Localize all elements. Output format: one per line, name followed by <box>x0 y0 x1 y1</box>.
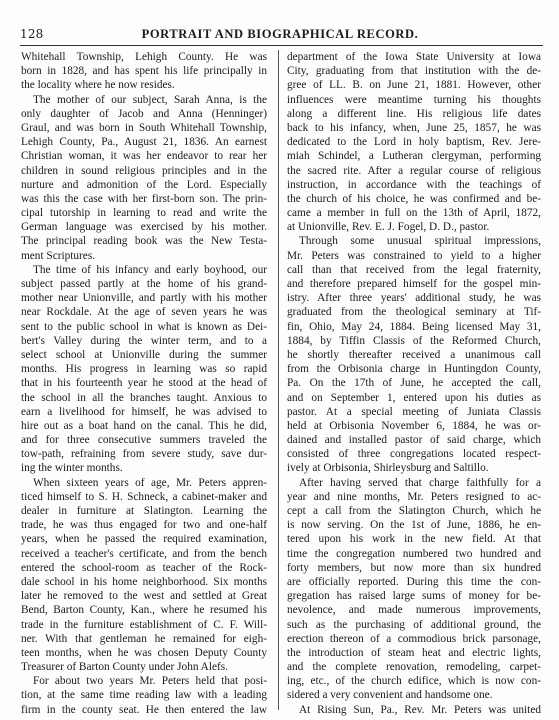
text-line: tered upon his work in the new field. At… <box>287 532 541 546</box>
text-line: sent to the public school in what is kno… <box>21 320 267 334</box>
text-line: ticed himself to S. H. Schneck, a cabine… <box>21 490 267 504</box>
text-line: entered the school-room as teacher of th… <box>21 561 267 575</box>
text-line: erection thereon of a commodious brick p… <box>287 632 541 646</box>
text-line: firm in the county seat. He then entered… <box>21 703 267 717</box>
text-line: and the complete renovation, remodeling,… <box>287 660 541 674</box>
text-line: At Rising Sun, Pa., Rev. Mr. Peters was … <box>287 703 541 717</box>
text-line: came a member in full on the 13th of Apr… <box>287 206 541 220</box>
text-line: tow-path, refraining from severe study, … <box>21 447 267 461</box>
right-column: department of the Iowa State University … <box>287 50 541 717</box>
text-line: pastor. At a special meeting of Juniata … <box>287 405 541 419</box>
text-line: German language was exercised by his mot… <box>21 220 267 234</box>
text-line: the locality where he now resides. <box>21 78 267 92</box>
text-line: gregation has raised large sums of money… <box>287 589 541 603</box>
text-line: miah Schindel, a Lutheran clergyman, per… <box>287 149 541 163</box>
text-line: ively at Orbisonia, Shirleysburg and Sal… <box>287 461 541 475</box>
text-line: years, when he passed the required exami… <box>21 532 267 546</box>
text-line: was this the case with her first-born so… <box>21 192 267 206</box>
text-line: call than that received from the legal f… <box>287 263 541 277</box>
text-line: After having served that charge faithful… <box>287 476 541 490</box>
text-line: such as the purchasing of additional gro… <box>287 618 541 632</box>
text-line: Lehigh County, Pa., August 21, 1836. An … <box>21 135 267 149</box>
text-line: nevolence, and made numerous improvement… <box>287 603 541 617</box>
text-line: Graul, and was born in South Whitehall T… <box>21 121 267 135</box>
text-line: 1884, by Tiffin Classis of the Reformed … <box>287 334 541 348</box>
text-line: dained and installed pastor of said char… <box>287 433 541 447</box>
text-line: the school in all the branches taught. A… <box>21 391 267 405</box>
text-line: dedicated to the Lord in holy baptism, R… <box>287 135 541 149</box>
running-title: PORTRAIT AND BIOGRAPHICAL RECORD. <box>20 27 540 42</box>
text-line: year and nine months, Mr. Peters resigne… <box>287 490 541 504</box>
text-line: istry. After three years' additional stu… <box>287 291 541 305</box>
text-line: influences were meantime turning his tho… <box>287 93 541 107</box>
text-line: The principal reading book was the New T… <box>21 234 267 248</box>
text-line: earn a livelihood for himself, he was ad… <box>21 405 267 419</box>
text-line: sidered a very convenient and handsome o… <box>287 688 541 702</box>
text-line: When sixteen years of age, Mr. Peters ap… <box>21 476 267 490</box>
text-line: cipal tutorship in learning to read and … <box>21 206 267 220</box>
document-page: 128 PORTRAIT AND BIOGRAPHICAL RECORD. Wh… <box>0 0 559 720</box>
text-line: later he removed to the west and settled… <box>21 589 267 603</box>
text-line: subject passed partly at the home of his… <box>21 277 267 291</box>
text-line: ing, etc., of the church edifice, which … <box>287 674 541 688</box>
text-line: gree of LL. B. on June 21, 1881. However… <box>287 78 541 92</box>
text-line: dale school in his home neighborhood. Si… <box>21 575 267 589</box>
text-line: born in 1828, and has spent his life pri… <box>21 64 267 78</box>
text-line: select school at Unionville during the s… <box>21 348 267 362</box>
text-line: the sacred rite. After a regular course … <box>287 164 541 178</box>
left-column: Whitehall Township, Lehigh County. He wa… <box>21 50 267 717</box>
text-line: held at Orbisonia November 6, 1884, he w… <box>287 419 541 433</box>
header-rule <box>20 45 543 46</box>
text-line: he shortly thereafter received a unanimo… <box>287 348 541 362</box>
text-line: mother near Unionville, and partly with … <box>21 291 267 305</box>
page-header: 128 PORTRAIT AND BIOGRAPHICAL RECORD. <box>20 27 540 43</box>
text-line: are officially reported. During this tim… <box>287 575 541 589</box>
text-line: months. His progress in learning was so … <box>21 362 267 376</box>
text-line: the introduction of steam heat and elect… <box>287 646 541 660</box>
text-line: The mother of our subject, Sarah Anna, i… <box>21 93 267 107</box>
text-line: For about two years Mr. Peters held that… <box>21 674 267 688</box>
text-line: cept a call from the Slatington Church, … <box>287 504 541 518</box>
text-line: only daughter of Jacob and Anna (Henning… <box>21 107 267 121</box>
text-line: nurture and admonition of the Lord. Espe… <box>21 178 267 192</box>
text-line: from the Orbisonia charge in Huntingdon … <box>287 362 541 376</box>
text-line: hire out as a boat hand on the canal. Th… <box>21 419 267 433</box>
text-line: Mr. Peters was constrained to yield to a… <box>287 249 541 263</box>
text-line: ment Scriptures. <box>21 249 267 263</box>
text-line: department of the Iowa State University … <box>287 50 541 64</box>
text-line: forty members, but now more than six hun… <box>287 561 541 575</box>
text-line: children in sound religious principles a… <box>21 164 267 178</box>
text-line: teen months, when he was chosen Deputy C… <box>21 646 267 660</box>
text-line: received a teacher's certificate, and fr… <box>21 547 267 561</box>
text-line: dealer in furniture at Slatington. Learn… <box>21 504 267 518</box>
text-line: time the congregation numbered two hundr… <box>287 547 541 561</box>
text-line: consisted of three congregations located… <box>287 447 541 461</box>
text-line: instruction, in accordance with the teac… <box>287 178 541 192</box>
text-line: trade, he was thus engaged for two and o… <box>21 518 267 532</box>
text-line: Whitehall Township, Lehigh County. He wa… <box>21 50 267 64</box>
text-line: graduated from the theological seminary … <box>287 305 541 319</box>
text-line: and for three consecutive summers travel… <box>21 433 267 447</box>
text-line: City, graduating from that institution w… <box>287 64 541 78</box>
text-line: Pa. On the 17th of June, he accepted the… <box>287 376 541 390</box>
text-line: Christian woman, it was her endeavor to … <box>21 149 267 163</box>
text-line: trade in the furniture establishment of … <box>21 618 267 632</box>
text-line: The time of his infancy and early boyhoo… <box>21 263 267 277</box>
text-line: tion, at the same time reading law with … <box>21 688 267 702</box>
text-line: Treasurer of Barton County under John Al… <box>21 660 267 674</box>
text-line: is now serving. On the 1st of June, 1886… <box>287 518 541 532</box>
text-line: and therefore prepared himself for the g… <box>287 277 541 291</box>
text-line: along a different line. His religious li… <box>287 107 541 121</box>
text-line: and on September 1, entered upon his dut… <box>287 391 541 405</box>
text-line: at Unionville, Rev. E. J. Fogel, D. D., … <box>287 220 541 234</box>
text-line: that in his fourteenth year he stood at … <box>21 376 267 390</box>
text-line: ing the winter months. <box>21 461 267 475</box>
text-line: ner. With that gentleman he remained for… <box>21 632 267 646</box>
text-line: back to his infancy, when, June 25, 1857… <box>287 121 541 135</box>
column-divider <box>278 50 279 710</box>
text-line: Through some unusual spiritual impressio… <box>287 234 541 248</box>
text-line: fin, Ohio, May 24, 1884. Being licensed … <box>287 320 541 334</box>
text-line: Bend, Barton County, Kan., where he resu… <box>21 603 267 617</box>
text-line: bert's Valley during the winter term, an… <box>21 334 267 348</box>
text-line: near Rockdale. At the age of seven years… <box>21 305 267 319</box>
text-line: the church of his choice, he was confirm… <box>287 192 541 206</box>
